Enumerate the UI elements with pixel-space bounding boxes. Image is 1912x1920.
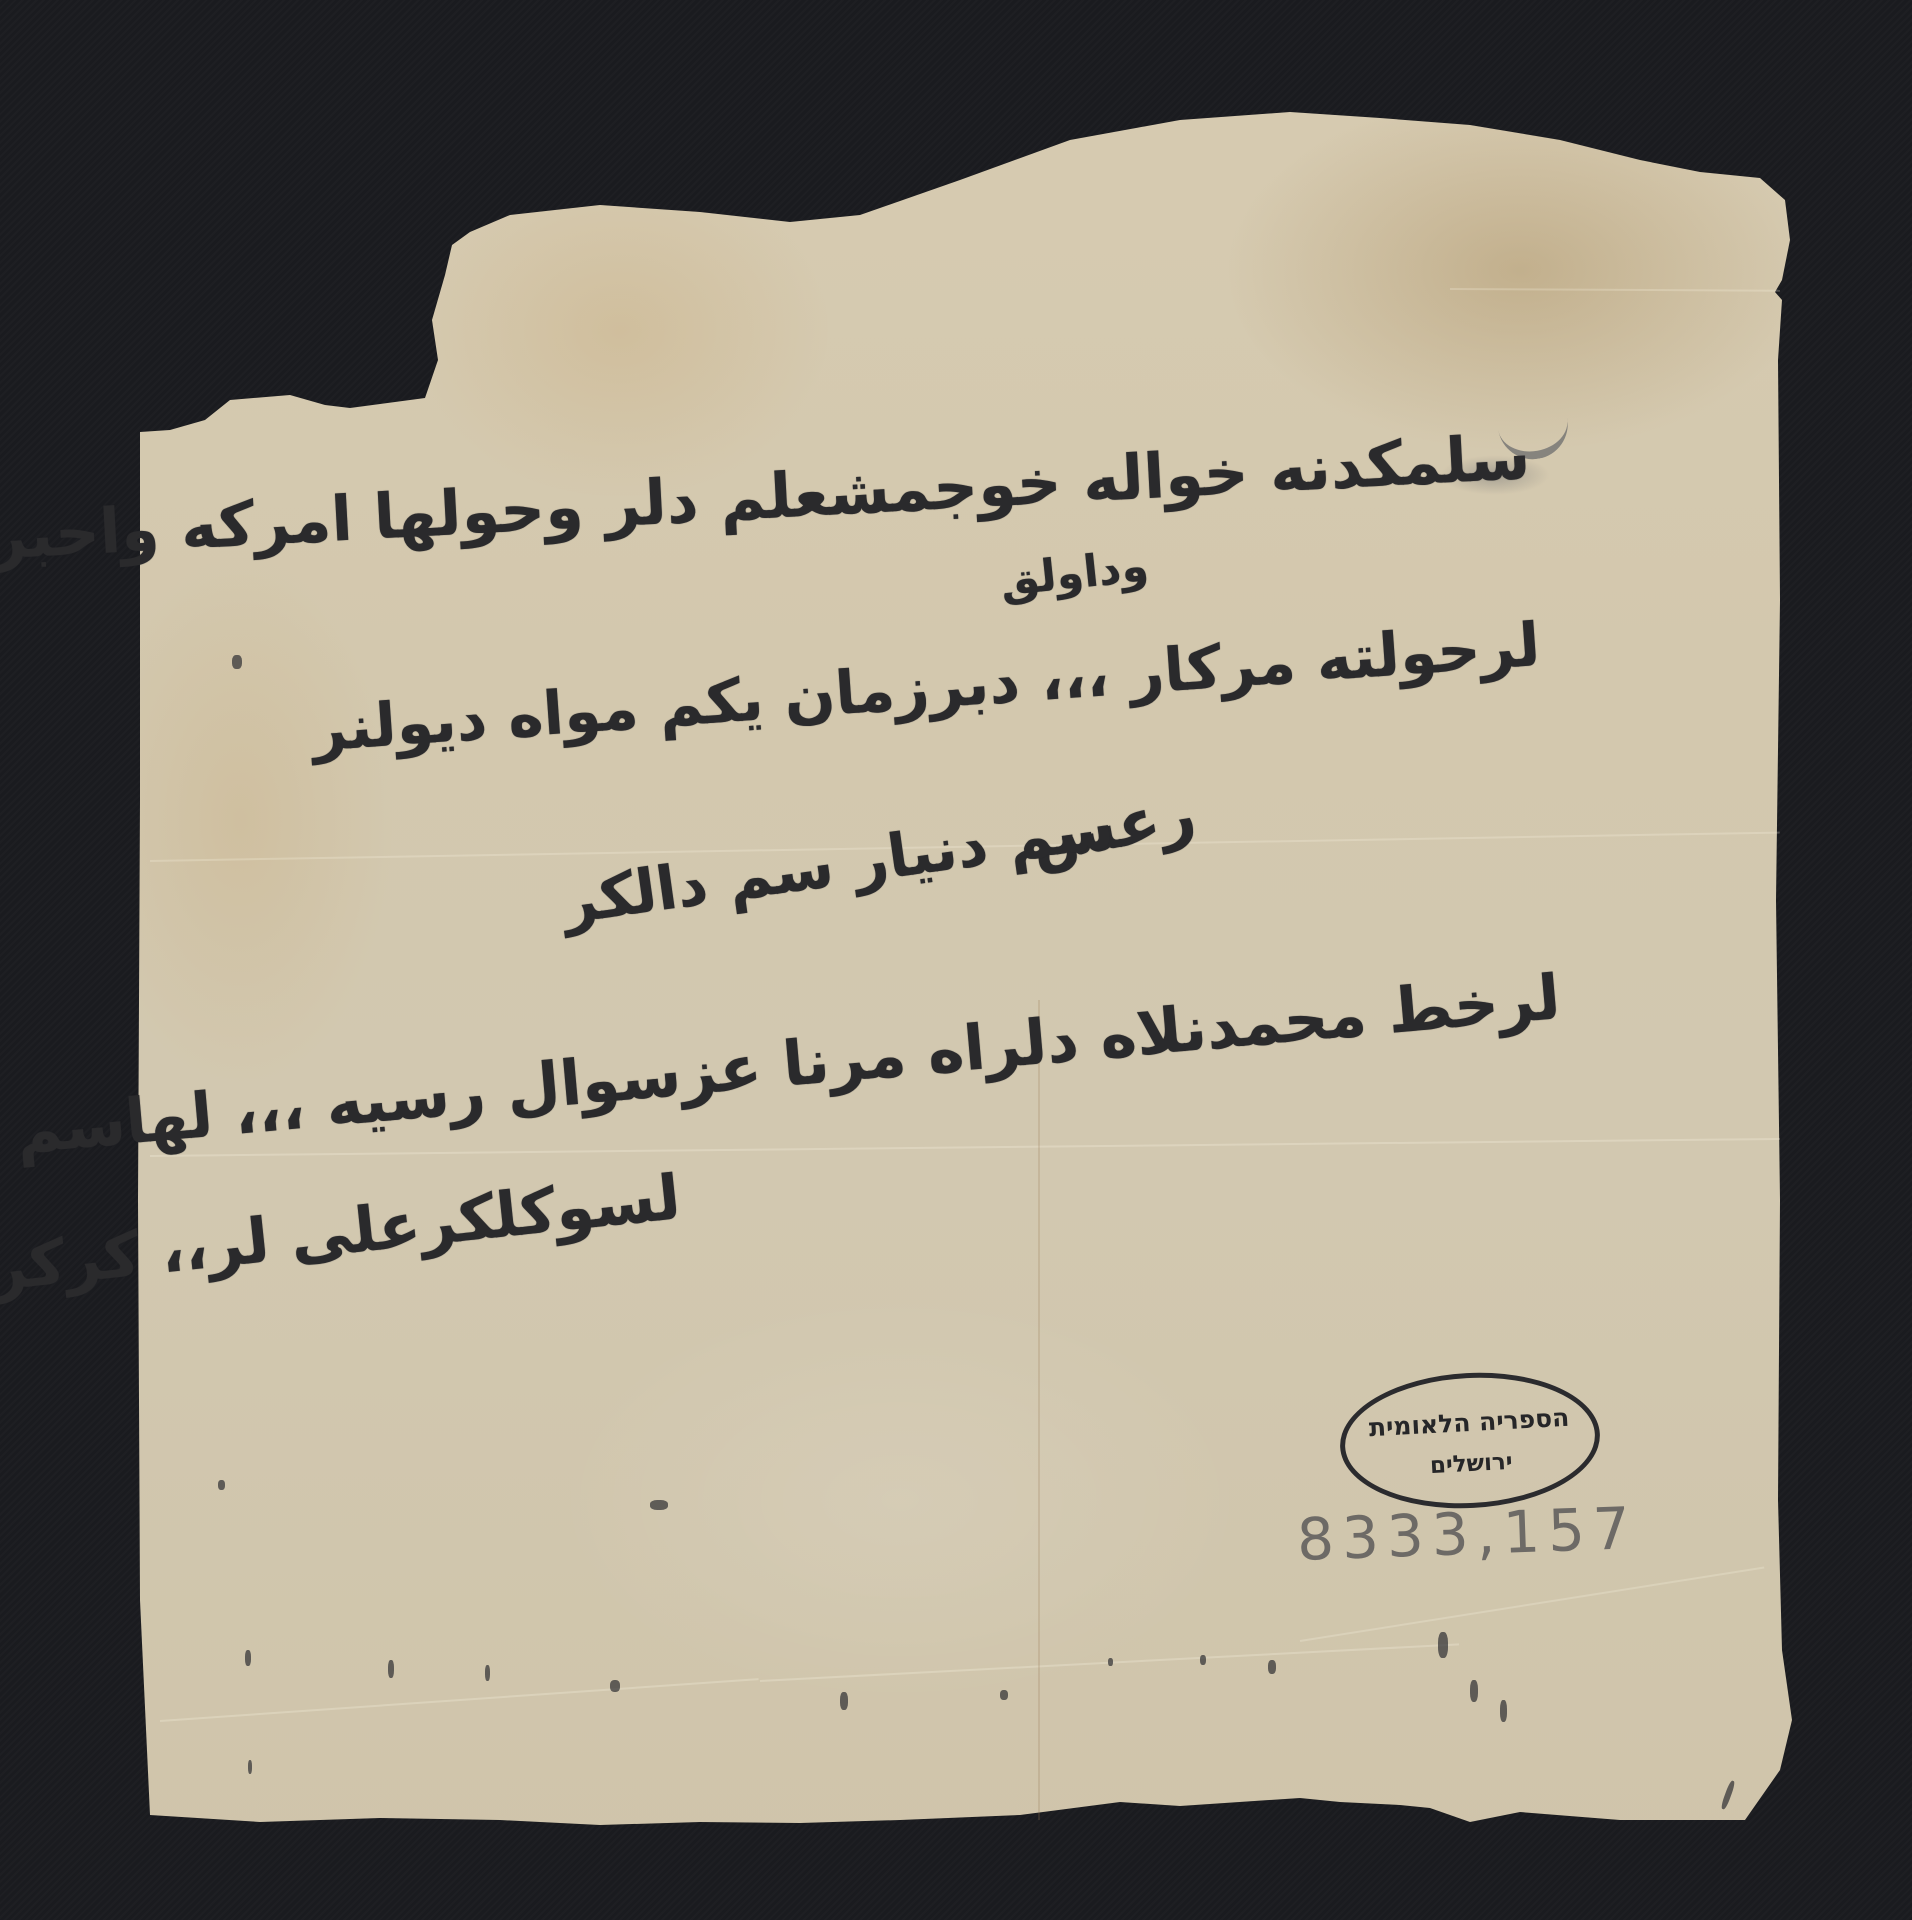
stamp-library-name: הספריה הלאומית — [1368, 1403, 1570, 1442]
stamp-city: ירושלים — [1429, 1449, 1513, 1479]
ink-speck — [245, 1650, 251, 1666]
ink-speck — [610, 1680, 620, 1692]
ink-speck — [248, 1760, 252, 1774]
ink-speck — [1000, 1690, 1008, 1700]
ink-speck — [232, 655, 242, 669]
ink-speck — [485, 1665, 490, 1681]
ink-speck — [840, 1692, 848, 1710]
ink-speck — [1500, 1700, 1507, 1722]
ink-speck — [1268, 1660, 1276, 1674]
ink-speck — [388, 1660, 394, 1678]
ink-speck — [1200, 1655, 1206, 1665]
vertical-fold — [1038, 1000, 1040, 1820]
ink-speck — [1108, 1658, 1113, 1666]
ink-speck — [1470, 1680, 1478, 1702]
ink-speck — [650, 1500, 668, 1510]
ink-speck — [1438, 1632, 1448, 1658]
shelfmark-number: 8333,157 — [1296, 1494, 1639, 1574]
ink-speck — [218, 1480, 225, 1490]
